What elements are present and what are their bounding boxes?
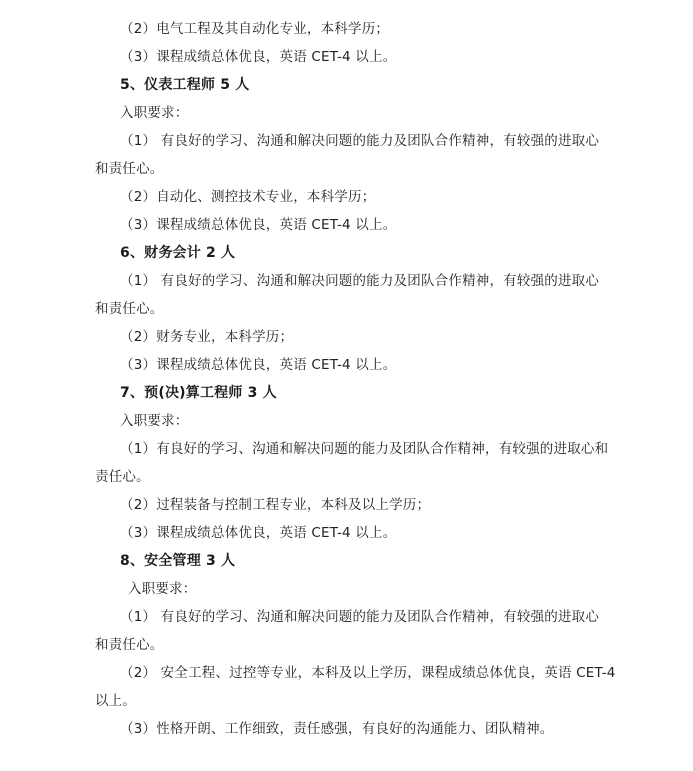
section-heading: 5、仪表工程师 5 人: [120, 75, 249, 95]
requirement-item: （3）课程成绩总体优良，英语 CET-4 以上。: [120, 523, 396, 543]
paragraph-continuation: 和责任心。: [95, 299, 164, 319]
requirements-label: 入职要求：: [120, 411, 189, 431]
requirement-item: （2）自动化、测控技术专业，本科学历；: [120, 187, 375, 207]
requirements-label: 入职要求：: [128, 579, 197, 599]
requirement-item: （3）课程成绩总体优良，英语 CET-4 以上。: [120, 215, 396, 235]
section-heading: 7、预(决)算工程师 3 人: [120, 383, 277, 403]
requirement-item: （1）有良好的学习、沟通和解决问题的能力及团队合作精神，有较强的进取心和: [120, 439, 608, 459]
requirement-item: （3）课程成绩总体优良，英语 CET-4 以上。: [120, 355, 396, 375]
requirement-item: （2）过程装备与控制工程专业，本科及以上学历；: [120, 495, 430, 515]
paragraph-continuation: 和责任心。: [95, 159, 164, 179]
paragraph-continuation: 和责任心。: [95, 635, 164, 655]
requirement-item: （3）课程成绩总体优良，英语 CET-4 以上。: [120, 47, 396, 67]
requirement-item: （2） 安全工程、过控等专业，本科及以上学历，课程成绩总体优良，英语 CET-4: [120, 663, 616, 683]
requirement-item: （1） 有良好的学习、沟通和解决问题的能力及团队合作精神，有较强的进取心: [120, 607, 599, 627]
requirement-item: （1） 有良好的学习、沟通和解决问题的能力及团队合作精神，有较强的进取心: [120, 131, 599, 151]
requirement-item: （1） 有良好的学习、沟通和解决问题的能力及团队合作精神，有较强的进取心: [120, 271, 599, 291]
requirement-item: （3）性格开朗、工作细致，责任感强，有良好的沟通能力、团队精神。: [120, 719, 554, 739]
paragraph-continuation: 以上。: [95, 691, 136, 711]
requirement-item: （2）财务专业，本科学历；: [120, 327, 293, 347]
document-page: （2）电气工程及其自动化专业，本科学历；（3）课程成绩总体优良，英语 CET-4…: [0, 0, 693, 771]
paragraph-continuation: 责任心。: [95, 467, 150, 487]
requirements-label: 入职要求：: [120, 103, 189, 123]
section-heading: 8、安全管理 3 人: [120, 551, 235, 571]
requirement-item: （2）电气工程及其自动化专业，本科学历；: [120, 19, 389, 39]
section-heading: 6、财务会计 2 人: [120, 243, 235, 263]
